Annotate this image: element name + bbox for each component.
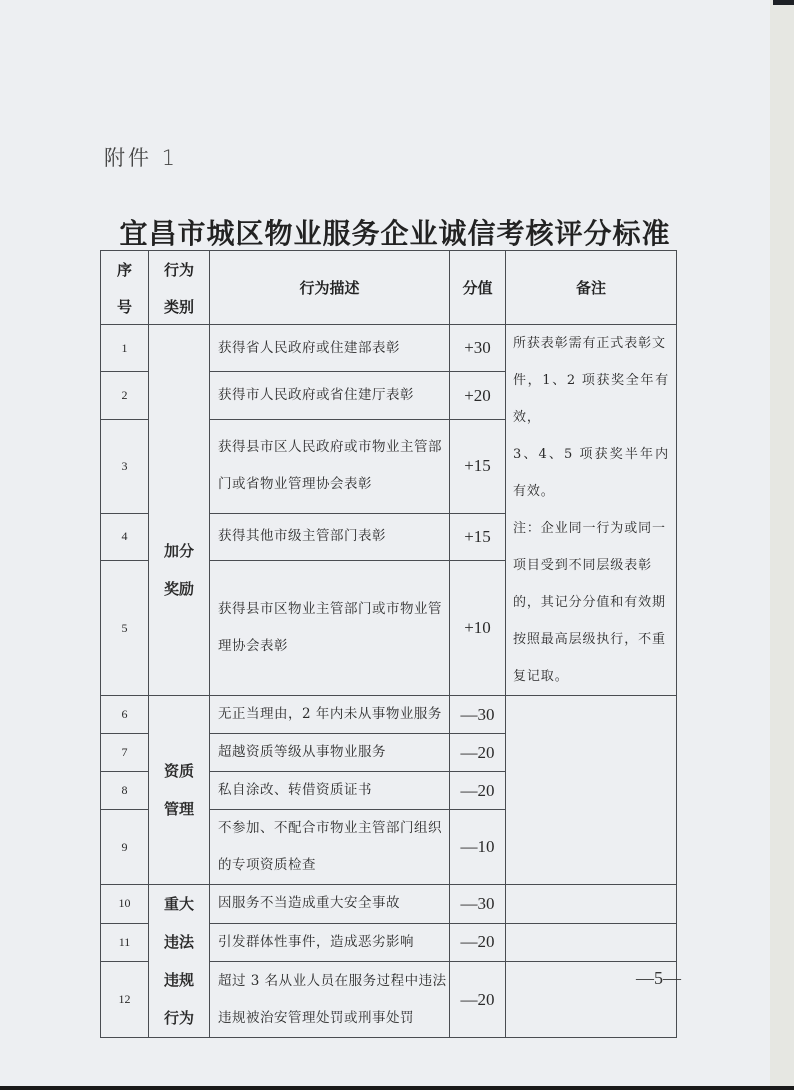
- row-number: 9: [101, 810, 149, 885]
- category-label: 重大违法违规行为: [149, 885, 209, 1037]
- row-number: 10: [101, 885, 149, 924]
- score-value: +15: [450, 419, 506, 513]
- note-line: 注：企业同一行为或同一: [513, 510, 669, 547]
- attachment-label: 附件 1: [104, 142, 178, 172]
- scan-edge: [770, 0, 794, 1090]
- behavior-description: 超越资质等级从事物业服务: [210, 734, 450, 772]
- description-line: 获得市人民政府或省住建厅表彰: [218, 377, 449, 414]
- behavior-description: 因服务不当造成重大安全事故: [210, 885, 450, 924]
- behavior-description: 私自涂改、转借资质证书: [210, 772, 450, 810]
- row-number: 3: [101, 419, 149, 513]
- page-number: —5—: [636, 968, 681, 989]
- note-line: 件，1、2 项获奖全年有效，: [513, 362, 669, 436]
- row-number: 11: [101, 923, 149, 962]
- row-number: 12: [101, 962, 149, 1038]
- score-value: —20: [450, 962, 506, 1038]
- scan-edge-mark: [773, 0, 794, 5]
- row-number: 4: [101, 513, 149, 560]
- note-line: 复记取。: [513, 658, 669, 695]
- header-category: 行为 类别: [149, 251, 210, 325]
- score-value: —30: [450, 885, 506, 924]
- behavior-description: 无正当理由，2 年内未从事物业服务: [210, 696, 450, 734]
- category-line: 违法: [164, 923, 194, 961]
- category-label: 资质管理: [149, 752, 209, 828]
- score-value: —20: [450, 923, 506, 962]
- row-number: 2: [101, 372, 149, 419]
- description-line: 不参加、不配合市物业主管部门组织: [218, 810, 449, 847]
- note-line: 所获表彰需有正式表彰文: [513, 325, 669, 362]
- header-no-line: 序: [117, 259, 132, 280]
- document-title: 宜昌市城区物业服务企业诚信考核评分标准: [100, 212, 690, 252]
- description-line: 引发群体性事件，造成恶劣影响: [218, 924, 449, 961]
- row-number: 5: [101, 561, 149, 696]
- description-line: 的专项资质检查: [218, 847, 449, 884]
- description-line: 获得县市区物业主管部门或市物业管: [218, 591, 449, 628]
- row-number: 1: [101, 325, 149, 372]
- note-line: 按照最高层级执行，不重: [513, 621, 669, 658]
- score-value: —20: [450, 734, 506, 772]
- note-line: 的，其记分分值和有效期: [513, 584, 669, 621]
- note-cell: 所获表彰需有正式表彰文件，1、2 项获奖全年有效，3、4、5 项获奖半年内有效。…: [506, 325, 677, 696]
- category-line: 行为: [164, 999, 194, 1037]
- table-row: 1加分奖励获得省人民政府或住建部表彰+30所获表彰需有正式表彰文件，1、2 项获…: [101, 325, 677, 372]
- description-line: 门或省物业管理协会表彰: [218, 466, 449, 503]
- score-value: +20: [450, 372, 506, 419]
- row-number: 8: [101, 772, 149, 810]
- score-value: —20: [450, 772, 506, 810]
- category-label: 加分奖励: [149, 532, 209, 608]
- scoring-table: 序 号 行为 类别 行为描述 分值 备注 1加分奖励获得省人民政府或住建部表彰+…: [100, 250, 677, 1038]
- note-cell: [506, 923, 677, 962]
- description-line: 因服务不当造成重大安全事故: [218, 885, 449, 922]
- table-row: 6资质管理无正当理由，2 年内未从事物业服务—30: [101, 696, 677, 734]
- header-no-line: 号: [117, 296, 132, 317]
- description-line: 获得县市区人民政府或市物业主管部: [218, 429, 449, 466]
- description-line: 违规被治安管理处罚或刑事处罚: [218, 1000, 449, 1037]
- score-value: +30: [450, 325, 506, 372]
- score-value: —30: [450, 696, 506, 734]
- behavior-description: 获得市人民政府或省住建厅表彰: [210, 372, 450, 419]
- description-line: 超越资质等级从事物业服务: [218, 734, 449, 771]
- behavior-description: 获得县市区人民政府或市物业主管部门或省物业管理协会表彰: [210, 419, 450, 513]
- note-cell: [506, 696, 677, 885]
- note-line: 3、4、5 项获奖半年内有效。: [513, 436, 669, 510]
- note-line: 项目受到不同层级表彰: [513, 547, 669, 584]
- note-cell: [506, 885, 677, 924]
- row-number: 6: [101, 696, 149, 734]
- category-line: 重大: [164, 885, 194, 923]
- behavior-description: 超过 3 名从业人员在服务过程中违法违规被治安管理处罚或刑事处罚: [210, 962, 450, 1038]
- description-line: 获得省人民政府或住建部表彰: [218, 330, 449, 367]
- scan-bottom-edge: [0, 1086, 794, 1090]
- category-line: 违规: [164, 961, 194, 999]
- table-header-row: 序 号 行为 类别 行为描述 分值 备注: [101, 251, 677, 325]
- category-line: 加分: [164, 532, 194, 570]
- category-line: 资质: [164, 752, 194, 790]
- header-no: 序 号: [101, 251, 149, 325]
- category-line: 管理: [164, 790, 194, 828]
- category-cell: 资质管理: [149, 696, 210, 885]
- description-line: 理协会表彰: [218, 628, 449, 665]
- header-category-line: 行为: [164, 259, 194, 280]
- header-category-line: 类别: [164, 296, 194, 317]
- description-line: 获得其他市级主管部门表彰: [218, 518, 449, 555]
- header-description: 行为描述: [210, 251, 450, 325]
- score-value: —10: [450, 810, 506, 885]
- description-line: 私自涂改、转借资质证书: [218, 772, 449, 809]
- table-row: 10重大违法违规行为因服务不当造成重大安全事故—30: [101, 885, 677, 924]
- category-cell: 重大违法违规行为: [149, 885, 210, 1038]
- behavior-description: 引发群体性事件，造成恶劣影响: [210, 923, 450, 962]
- table-body: 1加分奖励获得省人民政府或住建部表彰+30所获表彰需有正式表彰文件，1、2 项获…: [101, 325, 677, 1038]
- behavior-description: 不参加、不配合市物业主管部门组织的专项资质检查: [210, 810, 450, 885]
- header-score: 分值: [450, 251, 506, 325]
- category-cell: 加分奖励: [149, 325, 210, 696]
- description-line: 无正当理由，2 年内未从事物业服务: [218, 696, 449, 733]
- category-line: 奖励: [164, 570, 194, 608]
- header-note: 备注: [506, 251, 677, 325]
- row-number: 7: [101, 734, 149, 772]
- description-line: 超过 3 名从业人员在服务过程中违法: [218, 963, 449, 1000]
- behavior-description: 获得县市区物业主管部门或市物业管理协会表彰: [210, 561, 450, 696]
- score-value: +10: [450, 561, 506, 696]
- behavior-description: 获得其他市级主管部门表彰: [210, 513, 450, 560]
- behavior-description: 获得省人民政府或住建部表彰: [210, 325, 450, 372]
- score-value: +15: [450, 513, 506, 560]
